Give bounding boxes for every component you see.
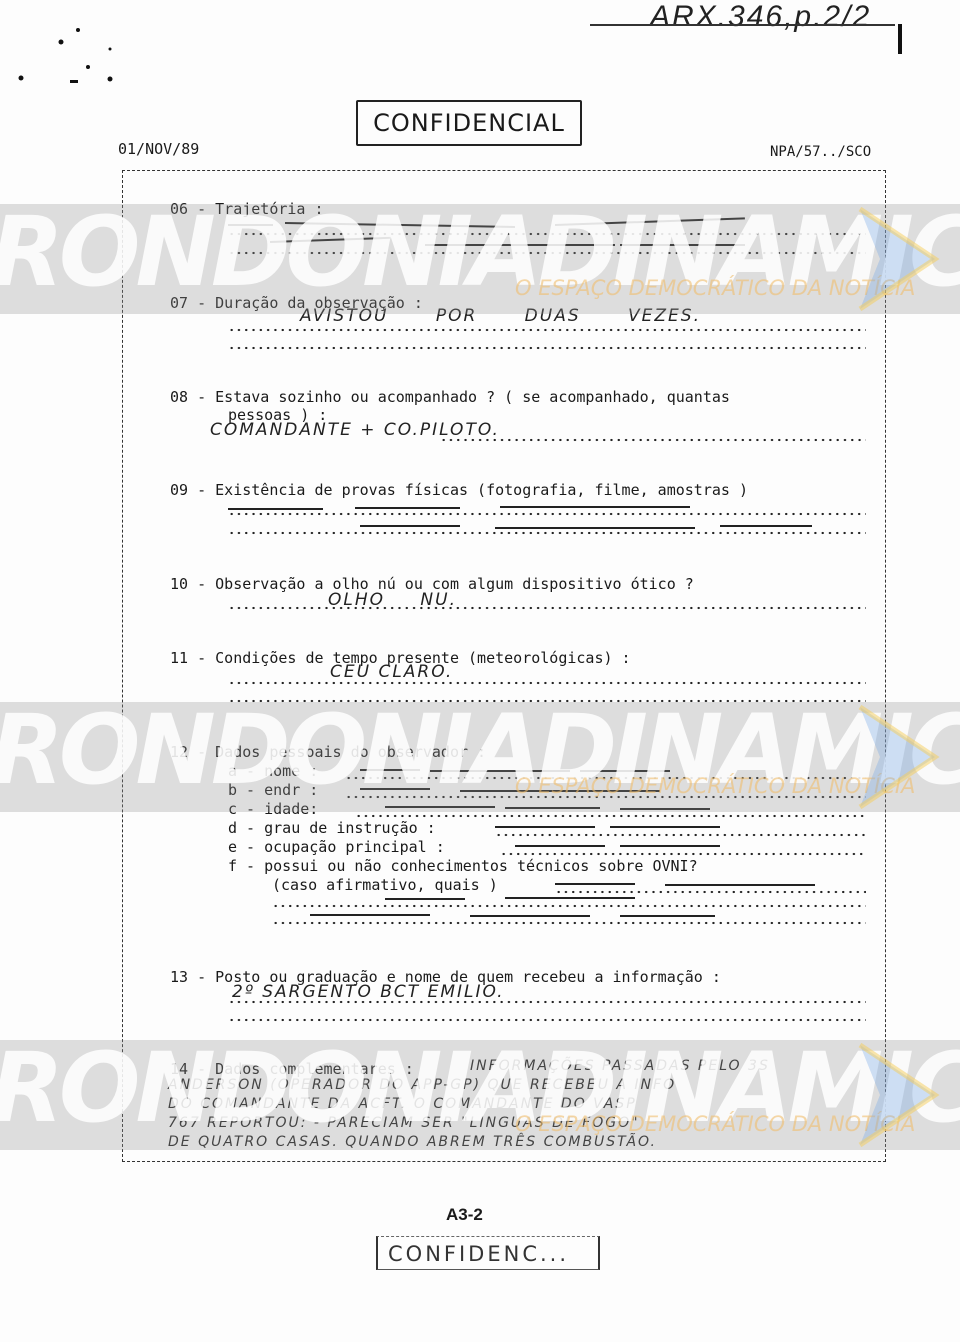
redaction-mark: [580, 770, 670, 772]
answer-14-line-5: DE QUATRO CASAS. QUANDO ABREM TRÊS COMBU…: [168, 1134, 657, 1150]
sub-b: b - endr :: [228, 781, 318, 799]
sub-c: c - idade:: [228, 800, 318, 818]
answer-line: [228, 681, 866, 685]
item-06: 06 - Trajetória :: [170, 200, 324, 218]
sub-f: f - possui ou não conhecimentos técnicos…: [228, 857, 698, 875]
sub-a: a - nome :: [228, 762, 318, 780]
sub-e: e - ocupação principal :: [228, 838, 445, 856]
redaction-mark: [720, 525, 812, 527]
answer-line: [440, 438, 866, 442]
redaction-mark: [620, 808, 710, 810]
answer-line: [500, 852, 866, 856]
answer-07: AVISTOU POR DUAS VEZES.: [300, 306, 701, 326]
item-14: 14 - Dados complementares :: [170, 1060, 414, 1078]
answer-line: [228, 346, 866, 350]
answer-line: [555, 890, 866, 894]
answer-line: [228, 699, 866, 703]
item-12: 12 - Dados pessoais do observador :: [170, 743, 486, 761]
answer-08: COMANDANTE + CO.PILOTO.: [210, 420, 500, 440]
document-reference: NPA/57../SCO: [770, 144, 871, 160]
answer-14-line-1: INFORMAÇÕES PASSADAS PELO 3S: [470, 1058, 770, 1074]
answer-line: [228, 1018, 866, 1022]
answer-line: [228, 232, 866, 236]
redaction-mark: [555, 883, 635, 885]
redaction-mark: [385, 898, 465, 900]
answer-line: [228, 531, 866, 535]
redaction-mark: [620, 244, 745, 246]
redaction-mark: [505, 807, 600, 809]
archive-underline: [590, 24, 895, 26]
answer-line: [228, 606, 866, 610]
redaction-mark: [460, 790, 660, 792]
answer-14-line-2: ANDERSON (OPERADOR DO APP-GP) QUE RECEBE…: [168, 1077, 676, 1093]
redaction-mark: [360, 525, 460, 527]
redaction-mark: [430, 770, 570, 772]
item-08: 08 - Estava sozinho ou acompanhado ? ( s…: [170, 388, 730, 406]
answer-line: [228, 328, 866, 332]
redaction-mark: [505, 897, 635, 899]
answer-13: 2º SARGENTO BCT EMILIO.: [232, 982, 505, 1002]
sub-d: d - grau de instrução :: [228, 819, 436, 837]
answer-line: [345, 776, 866, 780]
scan-speckles: [0, 20, 130, 130]
confidential-stamp-footer: CONFIDENC...: [376, 1236, 600, 1270]
answer-14-line-4: 767 REPORTOU: - PARECIAM SER "LINGUAS DE…: [168, 1115, 640, 1131]
redaction-mark: [355, 507, 460, 509]
answer-line: [228, 251, 866, 255]
document-date: 01/NOV/89: [118, 140, 199, 158]
redaction-mark: [665, 884, 815, 886]
answer-line: [272, 921, 866, 925]
redaction-mark: [515, 845, 605, 847]
page-number: A3-2: [446, 1205, 483, 1225]
redaction-mark: [360, 788, 430, 790]
answer-line: [272, 904, 866, 908]
answer-line: [228, 512, 866, 516]
answer-line: [228, 1000, 866, 1004]
redaction-mark: [620, 915, 715, 917]
confidential-stamp: CONFIDENCIAL: [356, 100, 582, 146]
redaction-mark: [495, 527, 695, 529]
item-09: 09 - Existência de provas físicas (fotog…: [170, 481, 748, 499]
redaction-mark: [610, 826, 720, 828]
answer-14-line-3: DO COMANDANTE DA ACFT. O COMANDANTE DO V…: [168, 1096, 637, 1112]
redaction-mark: [620, 845, 720, 847]
redaction-mark: [470, 915, 590, 917]
redaction-mark: [360, 769, 420, 771]
redaction-mark: [310, 914, 430, 916]
redaction-mark: [500, 506, 690, 508]
archive-reference: ARX.346,p.2/2: [650, 0, 871, 34]
redaction-mark: [385, 806, 495, 808]
redaction-mark: [495, 826, 595, 828]
sub-f-cont: (caso afirmativo, quais ): [272, 876, 498, 894]
redaction-mark: [228, 508, 323, 510]
answer-line: [355, 814, 866, 818]
answer-11: CEU CLARO.: [330, 662, 453, 682]
answer-line: [345, 795, 866, 799]
answer-line: [495, 833, 866, 837]
redaction-mark: [425, 244, 615, 246]
ink-mark: [898, 24, 902, 54]
redaction-mark: [228, 224, 273, 226]
